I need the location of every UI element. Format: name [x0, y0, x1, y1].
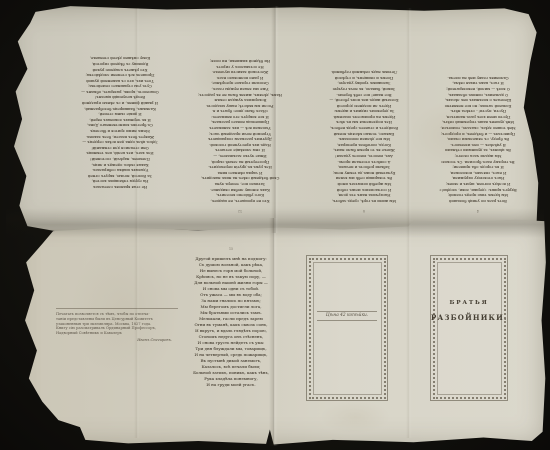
title-page-ornamental-frame: БРАТЬЯ РАЗБОЙНИКИ.	[430, 255, 508, 401]
title-block: БРАТЬЯ РАЗБОЙНИКИ.	[431, 299, 507, 323]
page-number: 12	[192, 209, 288, 212]
verse-text: Другой пришелъ мнѣ на подмогу: Съ душою …	[183, 256, 279, 388]
photo-of-uncut-book-sheet: Не стая врановъ слеталась На груды тлѣющ…	[0, 0, 550, 450]
rule-line	[56, 308, 178, 309]
top-page-1: Не стая врановъ слеталась На груды тлѣющ…	[68, 50, 172, 190]
verse-text: Мы жили въ горѣ, средь заботъ, Наскучила…	[316, 70, 412, 204]
inner-rule-border	[313, 262, 382, 395]
top-page-2: 12 Кто не прощаетъ, не щадитъ, Кого убій…	[192, 48, 288, 212]
censor-imprint-text: Печатать позволяется съ тѣмъ, чтобы по о…	[56, 312, 178, 336]
verse-text: Кто не прощаетъ, не щадитъ, Кого убійств…	[192, 58, 288, 203]
price-text: Цѣна 42 копѣйки.	[317, 312, 378, 320]
top-page-3: 8 Мы жили въ горѣ, средь заботъ, Наскучи…	[316, 55, 412, 212]
page-number: 4	[430, 209, 526, 212]
book-title-word-1: БРАТЬЯ	[431, 299, 507, 307]
page-number: 8	[316, 209, 412, 212]
censor-imprint-page: Печатать позволяется съ тѣмъ, чтобы по о…	[56, 308, 178, 343]
sheet-top-half: Не стая врановъ слеталась На груды тлѣющ…	[6, 5, 542, 233]
verse-page-15: 15 Другой пришелъ мнѣ на подмогу: Съ душ…	[183, 248, 279, 388]
top-page-4: 4 Вотъ разъ по улицѣ большой Мы ѣдемъ ти…	[430, 56, 526, 212]
rule-line	[317, 320, 378, 321]
inner-rule-border	[437, 262, 502, 395]
book-title-word-2: РАЗБОЙНИКИ.	[431, 313, 507, 323]
censor-signature: Иванъ Снегиревъ.	[56, 338, 178, 343]
page-number: 15	[183, 248, 279, 251]
price-page-ornamental-frame: Цѣна 42 копѣйки.	[306, 255, 388, 401]
price-block: Цѣна 42 копѣйки.	[317, 311, 378, 321]
verse-text: Не стая врановъ слеталась На груды тлѣющ…	[68, 56, 172, 190]
verse-text: Вотъ разъ по улицѣ большой Мы ѣдемъ тихо…	[430, 75, 526, 204]
